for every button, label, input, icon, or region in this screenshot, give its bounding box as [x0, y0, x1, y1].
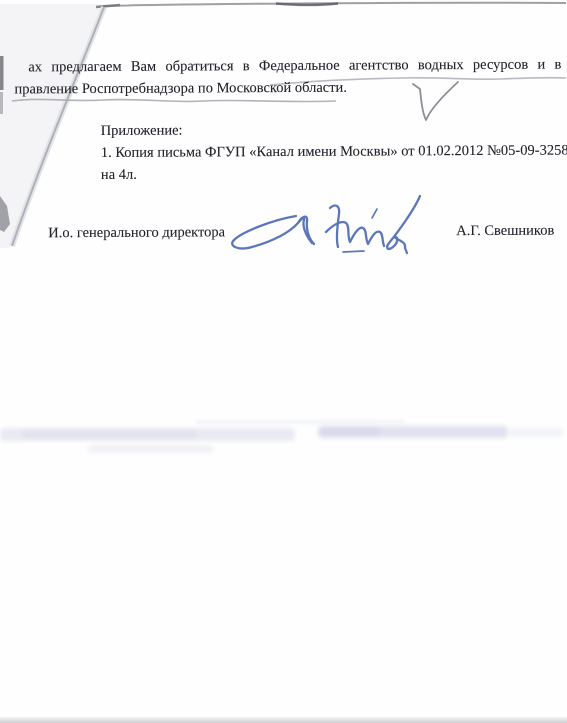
bleedthrough-smudge — [508, 428, 563, 437]
bleedthrough-smudge — [195, 420, 405, 424]
scan-bottom-edge — [0, 717, 567, 723]
attachment-block: Приложение: 1. Копия письма ФГУП «Канал … — [101, 117, 567, 186]
attachment-pages: на 4л. — [101, 161, 567, 186]
body-line-1: ах предлагаем Вам обратиться в Федеральн… — [14, 54, 561, 79]
letter-text-layer: ах предлагаем Вам обратиться в Федеральн… — [0, 0, 567, 723]
body-paragraph: ах предлагаем Вам обратиться в Федеральн… — [14, 54, 561, 101]
bleedthrough-smudge — [320, 428, 380, 435]
attachment-item: 1. Копия письма ФГУП «Канал имени Москвы… — [101, 139, 567, 164]
body-line-2: правление Роспотребнадзора по Московской… — [14, 76, 561, 101]
signatory-name: А.Г. Свешников — [456, 220, 554, 243]
signatory-title: И.о. генерального директора — [48, 221, 225, 244]
bleedthrough-smudge — [22, 431, 197, 438]
attachment-heading: Приложение: — [101, 117, 567, 142]
scanned-letter-page: ах предлагаем Вам обратиться в Федеральн… — [0, 0, 567, 723]
bleedthrough-smudge — [88, 445, 213, 453]
